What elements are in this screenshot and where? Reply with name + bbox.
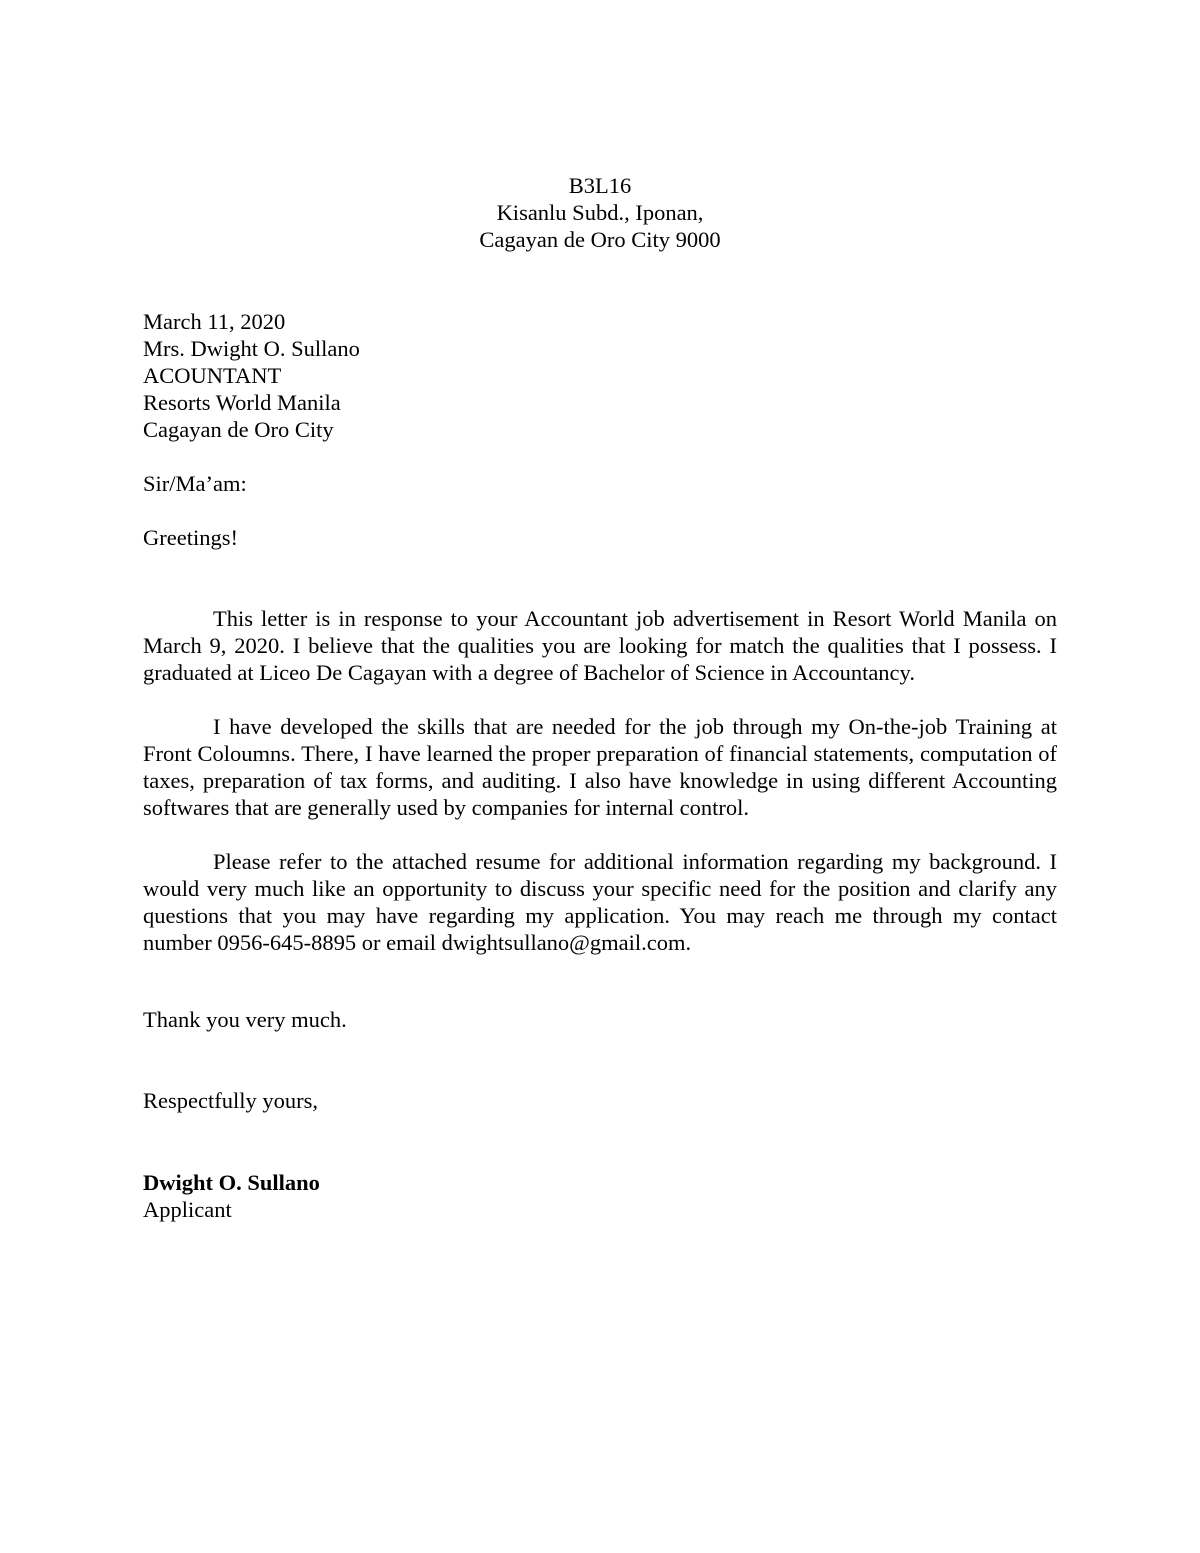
letter-page: B3L16 Kisanlu Subd., Iponan, Cagayan de …: [0, 0, 1200, 1553]
sender-address-line-3: Cagayan de Oro City 9000: [143, 226, 1057, 253]
body-paragraph-2: I have developed the skills that are nee…: [143, 713, 1057, 821]
date-line: March 11, 2020: [143, 308, 1057, 335]
sender-address-line-1: B3L16: [143, 172, 1057, 199]
recipient-block: Mrs. Dwight O. Sullano ACOUNTANT Resorts…: [143, 335, 1057, 443]
recipient-name: Mrs. Dwight O. Sullano: [143, 335, 1057, 362]
sender-address-block: B3L16 Kisanlu Subd., Iponan, Cagayan de …: [143, 172, 1057, 253]
body-paragraph-3: Please refer to the attached resume for …: [143, 848, 1057, 956]
recipient-title: ACOUNTANT: [143, 362, 1057, 389]
sender-address-line-2: Kisanlu Subd., Iponan,: [143, 199, 1057, 226]
greeting: Greetings!: [143, 524, 1057, 551]
closing-line: Respectfully yours,: [143, 1087, 1057, 1114]
recipient-city: Cagayan de Oro City: [143, 416, 1057, 443]
salutation: Sir/Ma’am:: [143, 470, 1057, 497]
body-paragraph-1: This letter is in response to your Accou…: [143, 605, 1057, 686]
signature-title: Applicant: [143, 1196, 1057, 1223]
thank-you-line: Thank you very much.: [143, 1006, 1057, 1033]
recipient-company: Resorts World Manila: [143, 389, 1057, 416]
signature-name: Dwight O. Sullano: [143, 1169, 1057, 1196]
